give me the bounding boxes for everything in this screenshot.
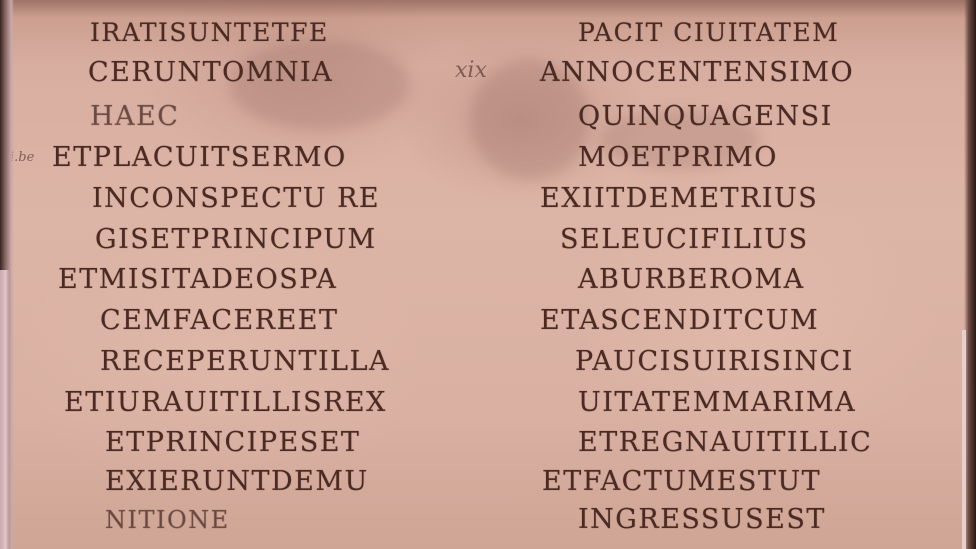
right-line-9: PAUCISUIRISINCI (575, 347, 854, 377)
left-line-7: ETMISITADEOSPA (58, 265, 337, 295)
right-line-12: ETFACTUMESTUT (542, 467, 821, 497)
right-line-7: ABURBEROMA (578, 265, 805, 295)
left-line-3: HAEC (90, 102, 179, 132)
top-cropped-line (0, 0, 976, 18)
right-line-10: UITATEMMARIMA (578, 388, 856, 418)
right-line-13: INGRESSUSEST (578, 505, 826, 535)
left-line-8: CEMFACEREET (100, 306, 339, 336)
left-line-1: IRATISUNTETFE (90, 18, 329, 48)
left-line-12: EXIERUNTDEMU (105, 467, 369, 497)
right-line-1: PACIT CIUITATEM (578, 18, 839, 48)
right-line-11: ETREGNAUITILLIC (578, 428, 872, 458)
left-line-4: ETPLACUITSERMO (52, 143, 347, 173)
left-line-9: RECEPERUNTILLA (100, 347, 390, 377)
left-line-6: GISETPRINCIPUM (95, 225, 377, 255)
right-line-8: ETASCENDITCUM (540, 306, 819, 336)
left-line-5: INCONSPECTU RE (92, 184, 380, 214)
right-line-4: MOETPRIMO (578, 143, 778, 173)
page-edge-right-light (962, 330, 966, 549)
left-line-10: ETIURAUITILLISREX (64, 388, 387, 418)
chapter-number: xix (455, 58, 487, 83)
manuscript-page: IRATISUNTETFE CERUNTOMNIA HAEC ETPLACUIT… (0, 0, 976, 549)
right-line-3: QUINQUAGENSI (578, 102, 833, 132)
left-line-11: ETPRINCIPESET (105, 428, 360, 458)
right-line-2: ANNOCENTENSIMO (540, 58, 854, 88)
left-line-2: CERUNTOMNIA (88, 58, 333, 88)
left-line-13: NITIONE (105, 505, 230, 535)
page-edge-left-light (0, 270, 10, 549)
right-line-5: EXIITDEMETRIUS (540, 184, 818, 214)
right-line-6: SELEUCIFILIUS (560, 225, 809, 255)
